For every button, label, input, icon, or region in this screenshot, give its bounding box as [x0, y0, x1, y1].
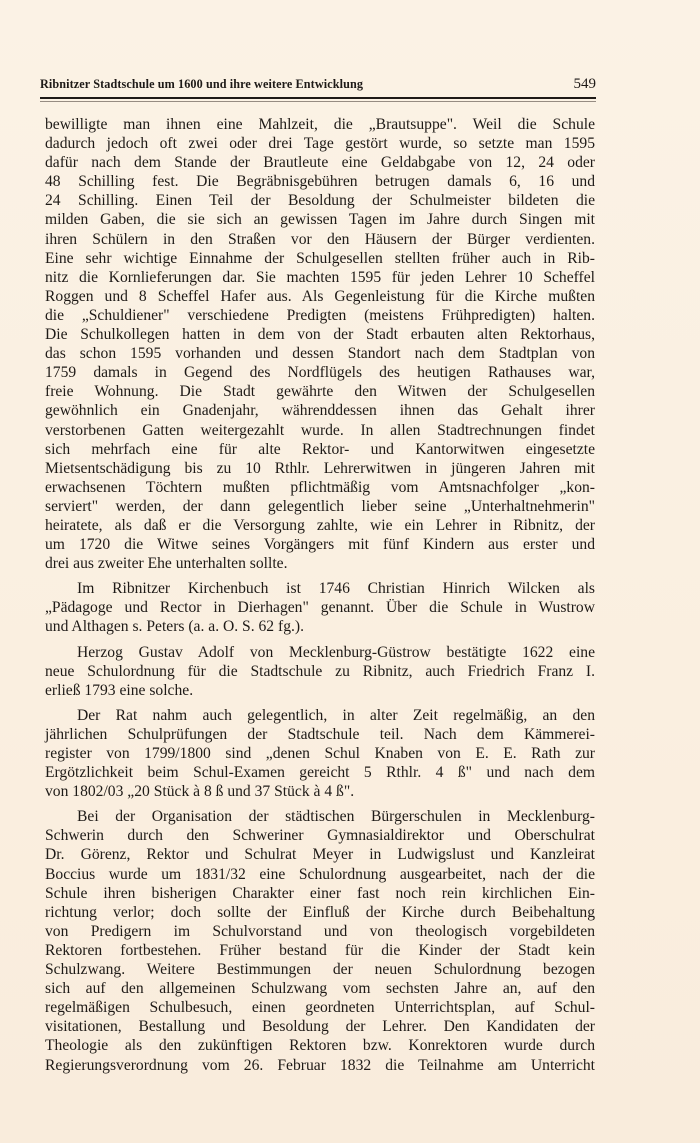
text-line: und Althagen s. Peters (a. a. O. S. 62 f… [45, 617, 595, 636]
text-line: Dr. Görenz, Rektor und Schulrat Meyer in… [45, 845, 595, 864]
paragraph: Der Rat nahm auch gelegentlich, in alter… [45, 706, 595, 801]
text-line: register von 1799/1800 sind „denen Schul… [45, 744, 595, 763]
paragraph: Herzog Gustav Adolf von Mecklenburg-Güst… [45, 643, 595, 700]
text-line: von 1802/03 „20 Stück à 8 ß und 37 Stück… [45, 782, 595, 801]
text-line: erließ 1793 eine solche. [45, 681, 595, 700]
text-line: Der Rat nahm auch gelegentlich, in alter… [45, 706, 595, 725]
text-line: Boccius wurde um 1831/32 eine Schulordnu… [45, 865, 595, 884]
text-line: heiratete, als daß er die Versorgung zah… [45, 516, 595, 535]
paragraph: bewilligte man ihnen eine Mahlzeit, die … [45, 115, 595, 573]
text-line: Roggen und 8 Scheffel Hafer aus. Als Geg… [45, 287, 595, 306]
text-line: 1759 damals in Gegend des Nordflügels de… [45, 363, 595, 382]
text-line: verstorbenen Gatten weitergezahlt wurde.… [45, 421, 595, 440]
running-header: Ribnitzer Stadtschule um 1600 und ihre w… [40, 76, 596, 98]
text-line: Eine sehr wichtige Einnahme der Schulges… [45, 249, 595, 268]
text-line: Schulzwang. Weitere Bestimmungen der neu… [45, 960, 595, 979]
text-line: Rektoren fortbestehen. Früher bestand fü… [45, 941, 595, 960]
text-line: richtung verlor; doch sollte der Einfluß… [45, 903, 595, 922]
text-line: das schon 1595 vorhanden und dessen Stan… [45, 344, 595, 363]
text-line: dafür nach dem Stande der Brautleute ein… [45, 153, 595, 172]
paragraph: Im Ribnitzer Kirchenbuch ist 1746 Christ… [45, 579, 595, 636]
paragraph: Bei der Organisation der städtischen Bür… [45, 807, 595, 1074]
text-line: Im Ribnitzer Kirchenbuch ist 1746 Christ… [45, 579, 595, 598]
text-line: 24 Schilling. Einen Teil der Besoldung d… [45, 191, 595, 210]
text-line: dadurch jedoch oft zwei oder drei Tage g… [45, 134, 595, 153]
text-line: neue Schulordnung für die Stadtschule zu… [45, 662, 595, 681]
text-line: Herzog Gustav Adolf von Mecklenburg-Güst… [45, 643, 595, 662]
text-line: milden Gaben, die sie sich an gewissen T… [45, 210, 595, 229]
body-text: bewilligte man ihnen eine Mahlzeit, die … [45, 115, 595, 1075]
text-line: freie Wohnung. Die Stadt gewährte den Wi… [45, 382, 595, 401]
text-line: serviert" werden, der dann gelegentlich … [45, 497, 595, 516]
page-number: 549 [574, 76, 597, 93]
text-line: Ergötzlichkeit beim Schul-Examen gereich… [45, 763, 595, 782]
text-line: Schwerin durch den Schweriner Gymnasiald… [45, 826, 595, 845]
running-title: Ribnitzer Stadtschule um 1600 und ihre w… [40, 77, 363, 92]
text-line: Die Schulkollegen hatten in dem von der … [45, 325, 595, 344]
text-line: Theologie als den zukünftigen Rektoren b… [45, 1036, 595, 1055]
text-line: Bei der Organisation der städtischen Bür… [45, 807, 595, 826]
text-line: 48 Schilling fest. Die Begräbnisgebühren… [45, 172, 595, 191]
header-rule-thin [40, 101, 596, 102]
text-line: ihren Schülern in den Straßen vor den Hä… [45, 230, 595, 249]
document-page: Ribnitzer Stadtschule um 1600 und ihre w… [0, 0, 700, 1143]
text-line: drei aus zweiter Ehe unterhalten sollte. [45, 554, 595, 573]
text-line: Mietsentschädigung bis zu 10 Rthlr. Lehr… [45, 459, 595, 478]
text-line: von Predigern im Schulvorstand und von t… [45, 922, 595, 941]
text-line: um 1720 die Witwe seines Vorgängers mit … [45, 535, 595, 554]
text-line: gewöhnlich ein Gnadenjahr, währenddessen… [45, 401, 595, 420]
text-line: jährlichen Schulprüfungen der Stadtschul… [45, 725, 595, 744]
text-line: bewilligte man ihnen eine Mahlzeit, die … [45, 115, 595, 134]
text-line: sich mehrfach eine für alte Rektor- und … [45, 440, 595, 459]
text-line: Schule ihren bisherigen Charakter einer … [45, 884, 595, 903]
text-line: sich auf den allgemeinen Schulzwang vom … [45, 979, 595, 998]
text-line: nitz die Kornlieferungen dar. Sie machte… [45, 268, 595, 287]
text-line: erwachsenen Töchtern mußten pflichtmäßig… [45, 478, 595, 497]
text-line: regelmäßigen Schulbesuch, einen geordnet… [45, 998, 595, 1017]
text-line: visitationen, Bestallung und Besoldung d… [45, 1017, 595, 1036]
header-rule-thick [40, 97, 596, 99]
text-line: „Pädagoge und Rector in Dierhagen" genan… [45, 598, 595, 617]
text-line: die „Schuldiener" verschiedene Predigten… [45, 306, 595, 325]
text-line: Regierungsverordnung vom 26. Februar 183… [45, 1056, 595, 1075]
